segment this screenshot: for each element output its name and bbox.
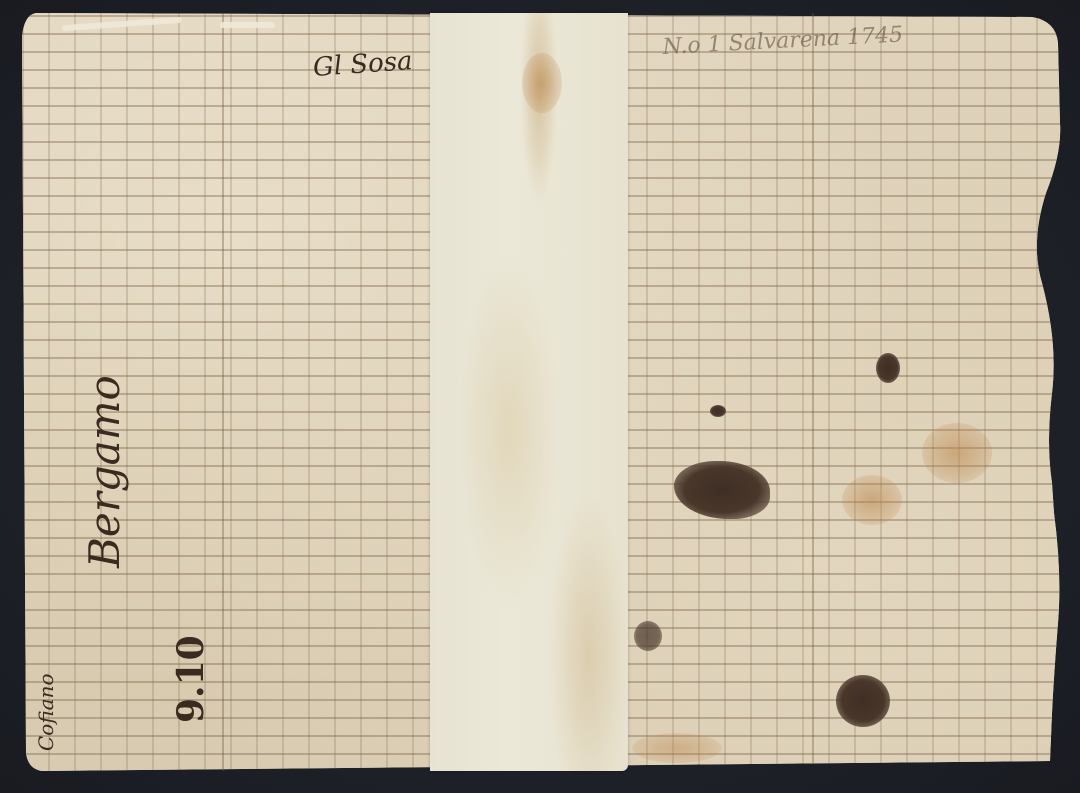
handwritten-number: 9.10	[170, 635, 212, 723]
round-ink-stain	[836, 675, 890, 727]
foxing-stain	[522, 53, 562, 113]
torn-edge	[220, 22, 275, 28]
fold-line	[812, 13, 814, 763]
ink-dot-stain	[710, 405, 726, 417]
handwritten-address: Bergamo	[80, 375, 129, 568]
fold-line	[222, 13, 224, 771]
foxing-stain	[922, 423, 992, 483]
foxing-stain	[842, 475, 902, 525]
handwritten-note: Cofiano	[34, 673, 58, 751]
paper-sheet: Bergamo 9.10 Cofiano Gl Sosa N.o 1 Salva…	[22, 13, 1066, 773]
ink-smudge-stain	[634, 621, 662, 651]
small-ink-stain	[876, 353, 900, 383]
paper-repair-strip	[430, 13, 628, 771]
foxing-stain	[632, 733, 722, 763]
